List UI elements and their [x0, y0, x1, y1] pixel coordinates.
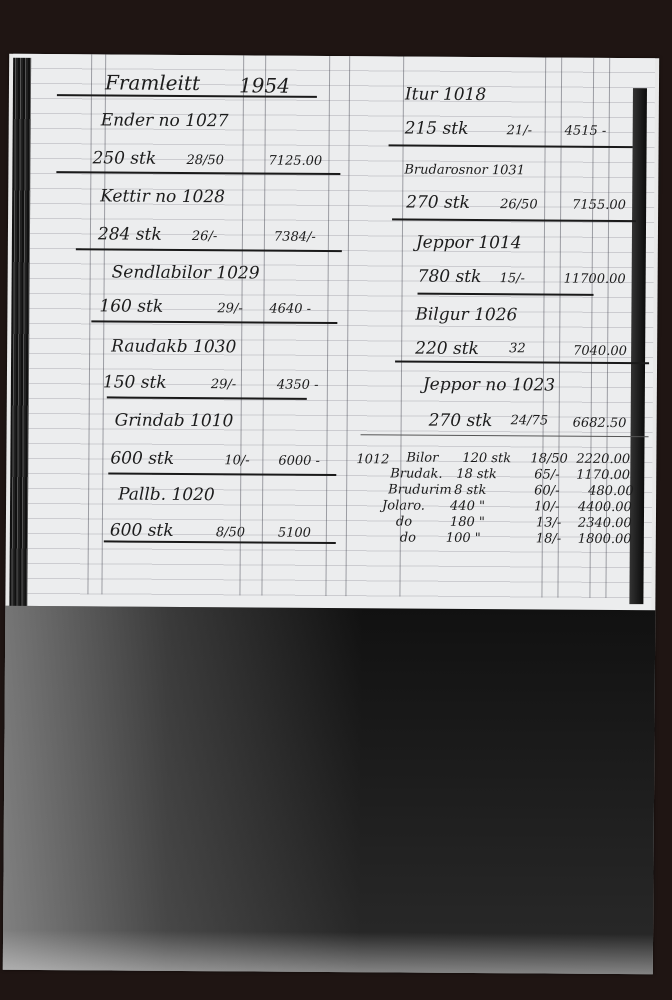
list-item: do 180 " 13/- 2340.00: [13, 54, 655, 58]
list-item: Brudurim 8 stk 60/- 480.00: [13, 54, 655, 58]
right-entry: Jeppor 1014 780 stk 15/- 11700.00: [13, 54, 655, 58]
binding-shadow-right: [629, 88, 647, 604]
list-item: Brudak. 18 stk 65/- 1170.00: [13, 54, 655, 58]
photocopy-dark-region: [3, 606, 656, 975]
binding-shadow-left: [9, 58, 31, 610]
ledger-page: Framleitt 1954 Ender no 1027 250 stk 28/…: [9, 54, 655, 610]
ledger-title: Framleitt: [105, 70, 200, 95]
list-item: Bilor 120 stk 18/50 2220.00: [13, 54, 655, 58]
left-entry: Grindab 1010 600 stk 10/- 6000 -: [13, 54, 655, 58]
right-entry: Brudarosnor 1031 270 stk 26/50 7155.00: [13, 54, 655, 58]
left-entry: Raudakb 1030 150 stk 29/- 4350 -: [13, 54, 655, 58]
list-item: Jolaro. 440 " 10/- 4400.00: [13, 54, 655, 58]
ledger-year: 1954: [239, 73, 290, 97]
list-item: do 100 " 18/- 1800.00: [13, 54, 655, 58]
left-entry: Sendlabilor 1029 160 stk 29/- 4640 -: [13, 54, 655, 58]
ledger-sheet: Framleitt 1954 Ender no 1027 250 stk 28/…: [3, 54, 659, 975]
left-entry: Kettir no 1028 284 stk 26/- 7384/-: [13, 54, 655, 58]
bottom-list-ref: 1012: [356, 452, 389, 467]
right-entry: Itur 1018 215 stk 21/- 4515 -: [13, 54, 655, 58]
right-entry: Jeppor no 1023 270 stk 24/75 6682.50: [13, 54, 655, 58]
bottom-list: 1012 Bilor 120 stk 18/50 2220.00 Brudak.…: [13, 54, 655, 58]
right-entry: Bilgur 1026 220 stk 32 7040.00: [13, 54, 655, 58]
left-entry: Ender no 1027 250 stk 28/50 7125.00: [13, 54, 655, 58]
left-entry: Pallb. 1020 600 stk 8/50 5100: [13, 54, 655, 58]
